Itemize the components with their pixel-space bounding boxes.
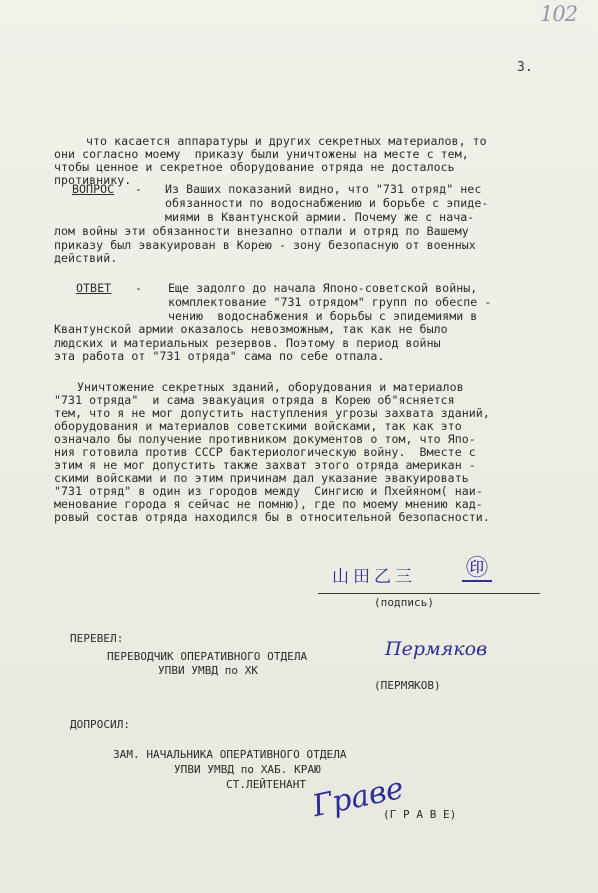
text-line: действий. [54,251,117,265]
text-line: Из Ваших показаний видно, что "731 отряд… [165,182,481,196]
interrogator-rank: СТ.ЛЕЙТЕНАНТ [226,778,306,792]
document-page: 102 3. что касается аппаратуры и других … [0,0,598,893]
text-line: чению водоснабжения и борьбы с эпидемиям… [168,309,477,323]
interrogator-unit: УПВИ УМВД по ХАБ. КРАЮ [174,763,321,777]
text-line: комплектование "731 отрядом" групп по об… [168,295,491,309]
question-label: ВОПРОС [72,182,114,196]
text-line: обязанности по водоснабжению и борьбе с … [165,196,488,210]
text-line: Уничтожение секретных зданий, оборудован… [77,380,464,394]
signature-line [318,593,540,594]
translator-name: (ПЕРМЯКОВ) [374,679,441,693]
answer-label: ОТВЕТ [76,281,111,295]
text-line: Квантунской армии оказалось невозможным,… [54,322,448,336]
text-line: что касается аппаратуры и других секретн… [86,134,487,148]
handwritten-signature: 山田乙三 [332,562,416,587]
text-line: оборудования и материалов советскими вой… [54,419,462,433]
text-line: ровый состав отряда находился бы в относ… [54,510,490,524]
text-line: приказу был эвакуирован в Корею - зону б… [54,238,476,252]
signature-caption: (подпись) [374,596,434,610]
interrogator-position: ЗАМ. НАЧАЛЬНИКА ОПЕРАТИВНОГО ОТДЕЛА [113,748,347,762]
archive-number: 102 [540,2,577,26]
interrogator-heading: ДОПРОСИЛ: [70,718,130,732]
text-line: этим я не мог допустить также захват это… [54,458,476,472]
text-line: лом войны эти обязанности внезапно отпал… [54,224,469,238]
text-line: менование города я сейчас не помню), где… [54,497,483,511]
interrogator-name: (Г Р А В Е) [383,808,456,822]
question-dash: - [135,182,142,196]
translator-unit: УПВИ УМВД по ХК [158,664,258,678]
page-number: 3. [517,60,533,75]
text-line: "731 отряд" в один из городов между Синг… [54,484,483,498]
text-line: людских и материальных резервов. Поэтому… [54,336,441,350]
translator-position: ПЕРЕВОДЧИК ОПЕРАТИВНОГО ОТДЕЛА [107,650,307,664]
translator-handwritten-signature: Пермяков [385,638,487,660]
text-line: эта работа от "731 отряда" сама по себе … [54,349,384,363]
text-line: ния готовила против СССР бактериологичес… [54,445,476,459]
text-line: "731 отряда" и сама эвакуация отряда в К… [54,393,455,407]
translator-heading: ПЕРЕВЕЛ: [70,632,123,646]
answer-dash: - [135,281,142,295]
seal-stamp: ㊞ [462,558,492,582]
text-line: миями в Квантунской армии. Почему же с н… [165,210,474,224]
text-line: означало бы получение противником докуме… [54,432,476,446]
text-line: тем, что я не мог допустить наступления … [54,406,490,420]
text-line: они согласно моему приказу были уничтоже… [54,147,469,161]
text-line: Еще задолго до начала Японо-советской во… [168,281,477,295]
text-line: скими войсками и по этим причинам дал ук… [54,471,469,485]
text-line: чтобы ценное и секретное оборудование от… [54,160,455,174]
